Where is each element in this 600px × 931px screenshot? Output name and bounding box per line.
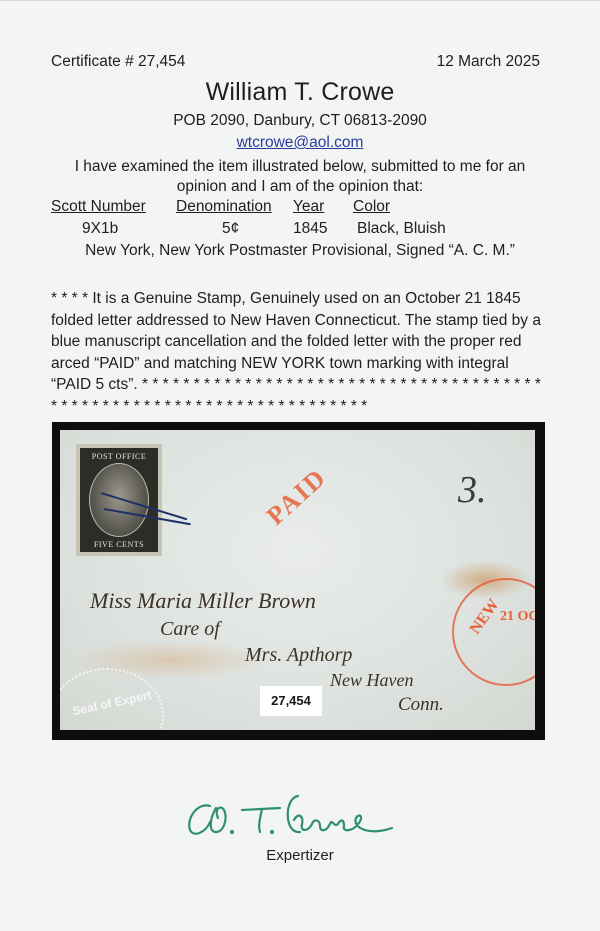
certificate-number: Certificate # 27,454 xyxy=(51,53,185,71)
address-line: New Haven xyxy=(330,670,413,691)
header-color: Color xyxy=(353,198,390,216)
header-denomination: Denomination xyxy=(176,198,272,216)
item-image: POST OFFICE FIVE CENTS PAID 3. NEW 21 OC… xyxy=(52,422,545,740)
top-edge xyxy=(0,0,600,1)
signature-icon xyxy=(180,788,420,844)
stamp-bottom-text: FIVE CENTS xyxy=(80,540,158,549)
address-line: Miss Maria Miller Brown xyxy=(90,588,316,614)
rate-marking: 3. xyxy=(458,468,487,512)
header-scott-number: Scott Number xyxy=(51,198,146,216)
expert-address: POB 2090, Danbury, CT 06813-2090 xyxy=(0,112,600,130)
paid-marking: PAID xyxy=(261,463,333,532)
stamp-top-text: POST OFFICE xyxy=(80,452,158,461)
address-line: Mrs. Apthorp xyxy=(245,644,352,667)
stamp: POST OFFICE FIVE CENTS xyxy=(76,444,162,556)
opinion-text: * * * * It is a Genuine Stamp, Genuinely… xyxy=(51,288,551,417)
townmark-text: NEW xyxy=(467,596,504,638)
value-scott-number: 9X1b xyxy=(82,220,118,238)
expert-name: William T. Crowe xyxy=(0,78,600,107)
folded-letter: POST OFFICE FIVE CENTS PAID 3. NEW 21 OC… xyxy=(60,430,535,730)
townmark-detail: 21 OCT xyxy=(500,610,535,624)
item-description: New York, New York Postmaster Provisiona… xyxy=(0,242,600,260)
seal-text: Seal of Expert xyxy=(71,688,152,718)
intro-text: I have examined the item illustrated bel… xyxy=(48,157,552,197)
certificate-date: 12 March 2025 xyxy=(437,53,540,71)
expert-email: wtcrowe@aol.com xyxy=(0,134,600,152)
address-line: Conn. xyxy=(398,694,444,716)
header-year: Year xyxy=(293,198,324,216)
expertizer-title: Expertizer xyxy=(0,847,600,864)
value-year: 1845 xyxy=(293,220,327,238)
certificate-label: 27,454 xyxy=(260,686,322,716)
email-link[interactable]: wtcrowe@aol.com xyxy=(237,134,364,151)
value-color: Black, Bluish xyxy=(357,220,446,238)
portrait-icon xyxy=(89,463,149,537)
address-line: Care of xyxy=(160,618,220,641)
signature xyxy=(0,788,600,849)
value-denomination: 5¢ xyxy=(222,220,239,238)
